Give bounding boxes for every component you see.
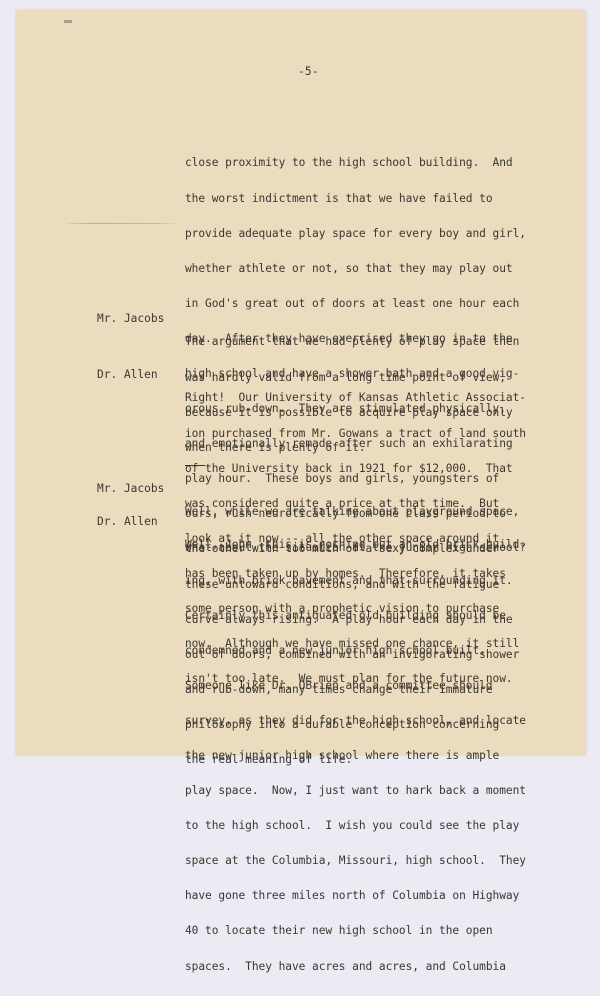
text-line: ion purchased from Mr. Gowans a tract of… xyxy=(185,428,526,440)
dialogue-text: Well, John, this is nothing but an old b… xyxy=(185,516,526,767)
page-number: -5- xyxy=(298,65,319,78)
text-line: condemned and a new junior high school b… xyxy=(185,645,526,657)
text-line: the worst indictment is that we have fai… xyxy=(185,193,526,205)
text-line: of the University back in 1921 for $12,0… xyxy=(185,463,526,475)
text-line: ing, with brick pavement and that surrou… xyxy=(185,575,526,587)
text-line: The argument that we had plenty of play … xyxy=(185,336,519,348)
speaker-label: Mr. Jacobs xyxy=(97,313,164,325)
text-line: Right! Our University of Kansas Athletic… xyxy=(185,392,526,404)
text-line: the new junior high school where there i… xyxy=(185,750,526,762)
ink-mark xyxy=(64,20,72,23)
text-line: in God's great out of doors at least one… xyxy=(185,298,526,310)
speaker-label: Mr. Jacobs xyxy=(97,483,164,495)
text-line: Well, John, this is nothing but an old b… xyxy=(185,539,526,551)
document-page: -5- close proximity to the high school b… xyxy=(16,10,586,755)
text-line: whether athlete or not, so that they may… xyxy=(185,263,526,275)
speaker-label: Dr. Allen xyxy=(97,516,158,528)
text-line: survey, as they did for the high school,… xyxy=(185,715,526,727)
margin-pencil-line xyxy=(66,223,176,224)
text-line: provide adequate play space for every bo… xyxy=(185,228,526,240)
text-line: Certainly this antiquated old building s… xyxy=(185,610,526,622)
text-line: Someone like Dr. OBrien and a committee … xyxy=(185,680,526,692)
speaker-label: Dr. Allen xyxy=(97,369,158,381)
underline-now xyxy=(185,465,205,466)
text-line: close proximity to the high school build… xyxy=(185,157,526,169)
